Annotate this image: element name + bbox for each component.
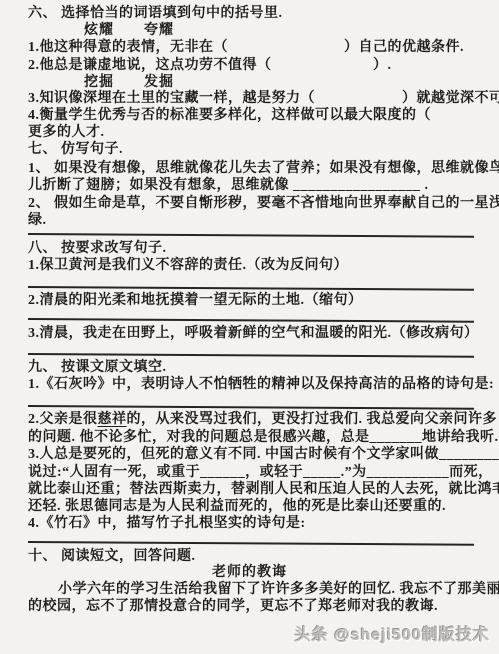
word-bank-1: 炫耀 夸耀 — [84, 22, 174, 39]
question-6-4-line2: 更多的人才. — [28, 124, 105, 141]
worksheet-page: 六、 选择恰当的词语填到句中的括号里. 炫耀 夸耀 1.他这种得意的表情，无非在… — [0, 0, 499, 654]
question-8-3: 3.清晨，我走在田野上，呼吸着新鲜的空气和温暖的阳光.（修改病句） — [28, 325, 479, 342]
question-6-4-line1: 4.衡量学生优秀与否的标准要多样化，这样做可以最大限度的（ ）出 — [28, 107, 499, 124]
question-9-1: 1.《石灰吟》中，表明诗人不怕牺牲的精神以及保持高洁的品格的诗句是: — [28, 376, 494, 393]
watermark: 头条 @sheji500制版技术 — [295, 622, 490, 645]
question-9-2-rest: 的，从来没骂过我们，更没打过我们. 我总爱向父亲问许多 — [127, 412, 498, 427]
question-7-2-line2: 绿. — [28, 212, 47, 229]
question-7-1-line2: 儿折断了翅膀；如果没有想象，思维就像 _________________ . — [28, 177, 429, 194]
section-8-heading: 八、 按要求改写句子. — [28, 240, 167, 257]
word-bank-2: 挖掘 发掘 — [84, 74, 174, 91]
question-7-1-line1: 1、 如果没有想像，思维就像花儿失去了营养；如果没有想像，思维就像鸟 — [28, 160, 499, 177]
question-8-2: 2.清晨的阳光柔和地抚摸着一望无际的土地.（缩句） — [28, 292, 363, 309]
question-6-3: 3.知识像深埋在土里的宝藏一样，越是努力（ ）就越觉深不可测 — [28, 90, 499, 107]
answer-line — [28, 233, 474, 238]
question-9-3-line4: 还轻. 张思德同志是为人民利益而死的，他的死是比泰山还要重的. — [28, 498, 446, 515]
section-10-heading: 十、 阅读短文，回答问题. — [28, 548, 196, 565]
section-7-heading: 七、 仿写句子. — [28, 141, 123, 158]
question-7-2-line1: 2、 假如生命是草，不要自惭形秽，要毫不吝惜地向世界奉献自己的一星浅 — [28, 195, 499, 212]
question-9-4: 4.《竹石》中，描写竹子扎根坚实的诗句是: — [28, 515, 306, 532]
section-6-heading: 六、 选择恰当的词语填到句中的括号里. — [28, 5, 283, 22]
reading-paragraph-line2: 的校园，忘不了那情投意合的同学，更忘不了郑老师对我的教诲. — [28, 598, 438, 615]
question-9-2-line2: 的问题. 他不论多忙，对我的问题总是很感兴趣，总是_______地讲给我听. — [28, 429, 499, 446]
reading-title: 老师的教诲 — [0, 564, 499, 581]
answer-line — [28, 541, 474, 546]
question-6-2: 2.他总是谦虚地说，这点功劳不值得（ ）. — [28, 57, 392, 74]
answer-line — [28, 286, 474, 291]
answer-line — [28, 318, 474, 323]
section-9-heading: 九、 按课文原文填空. — [28, 359, 167, 376]
question-9-3-line3: 就比泰山还重；替法西斯卖力，替剥削人民和压迫人民的人去死，就比鸿毛 — [28, 481, 499, 498]
reading-paragraph-line1: 小学六年的学习生活给我留下了许许多多美好的回忆. 我忘不了那美丽 — [58, 581, 499, 598]
question-9-3-line1: 3.人总是要死的，但死的意义有不同. 中国古时候有个文学家叫做_________… — [28, 446, 499, 463]
question-6-1: 1.他这种得意的表情，无非在（ ）自己的优越条件. — [28, 39, 464, 56]
question-8-1: 1.保卫黄河是我们义不容辞的责任.（改为反问句） — [28, 257, 348, 274]
question-9-2-line1: 2.父亲是很慈祥的，从来没骂过我们，更没打过我们. 我总爱向父亲问许多 — [28, 411, 497, 428]
question-9-2-pre: 2.父亲是很 — [28, 412, 98, 427]
underlined-word: 慈祥 — [98, 412, 127, 427]
answer-line — [28, 353, 474, 358]
answer-line — [28, 405, 474, 410]
question-9-3-line2: 说过:“人固有一死，或重于______，或轻于_____.”为_________… — [28, 464, 493, 481]
